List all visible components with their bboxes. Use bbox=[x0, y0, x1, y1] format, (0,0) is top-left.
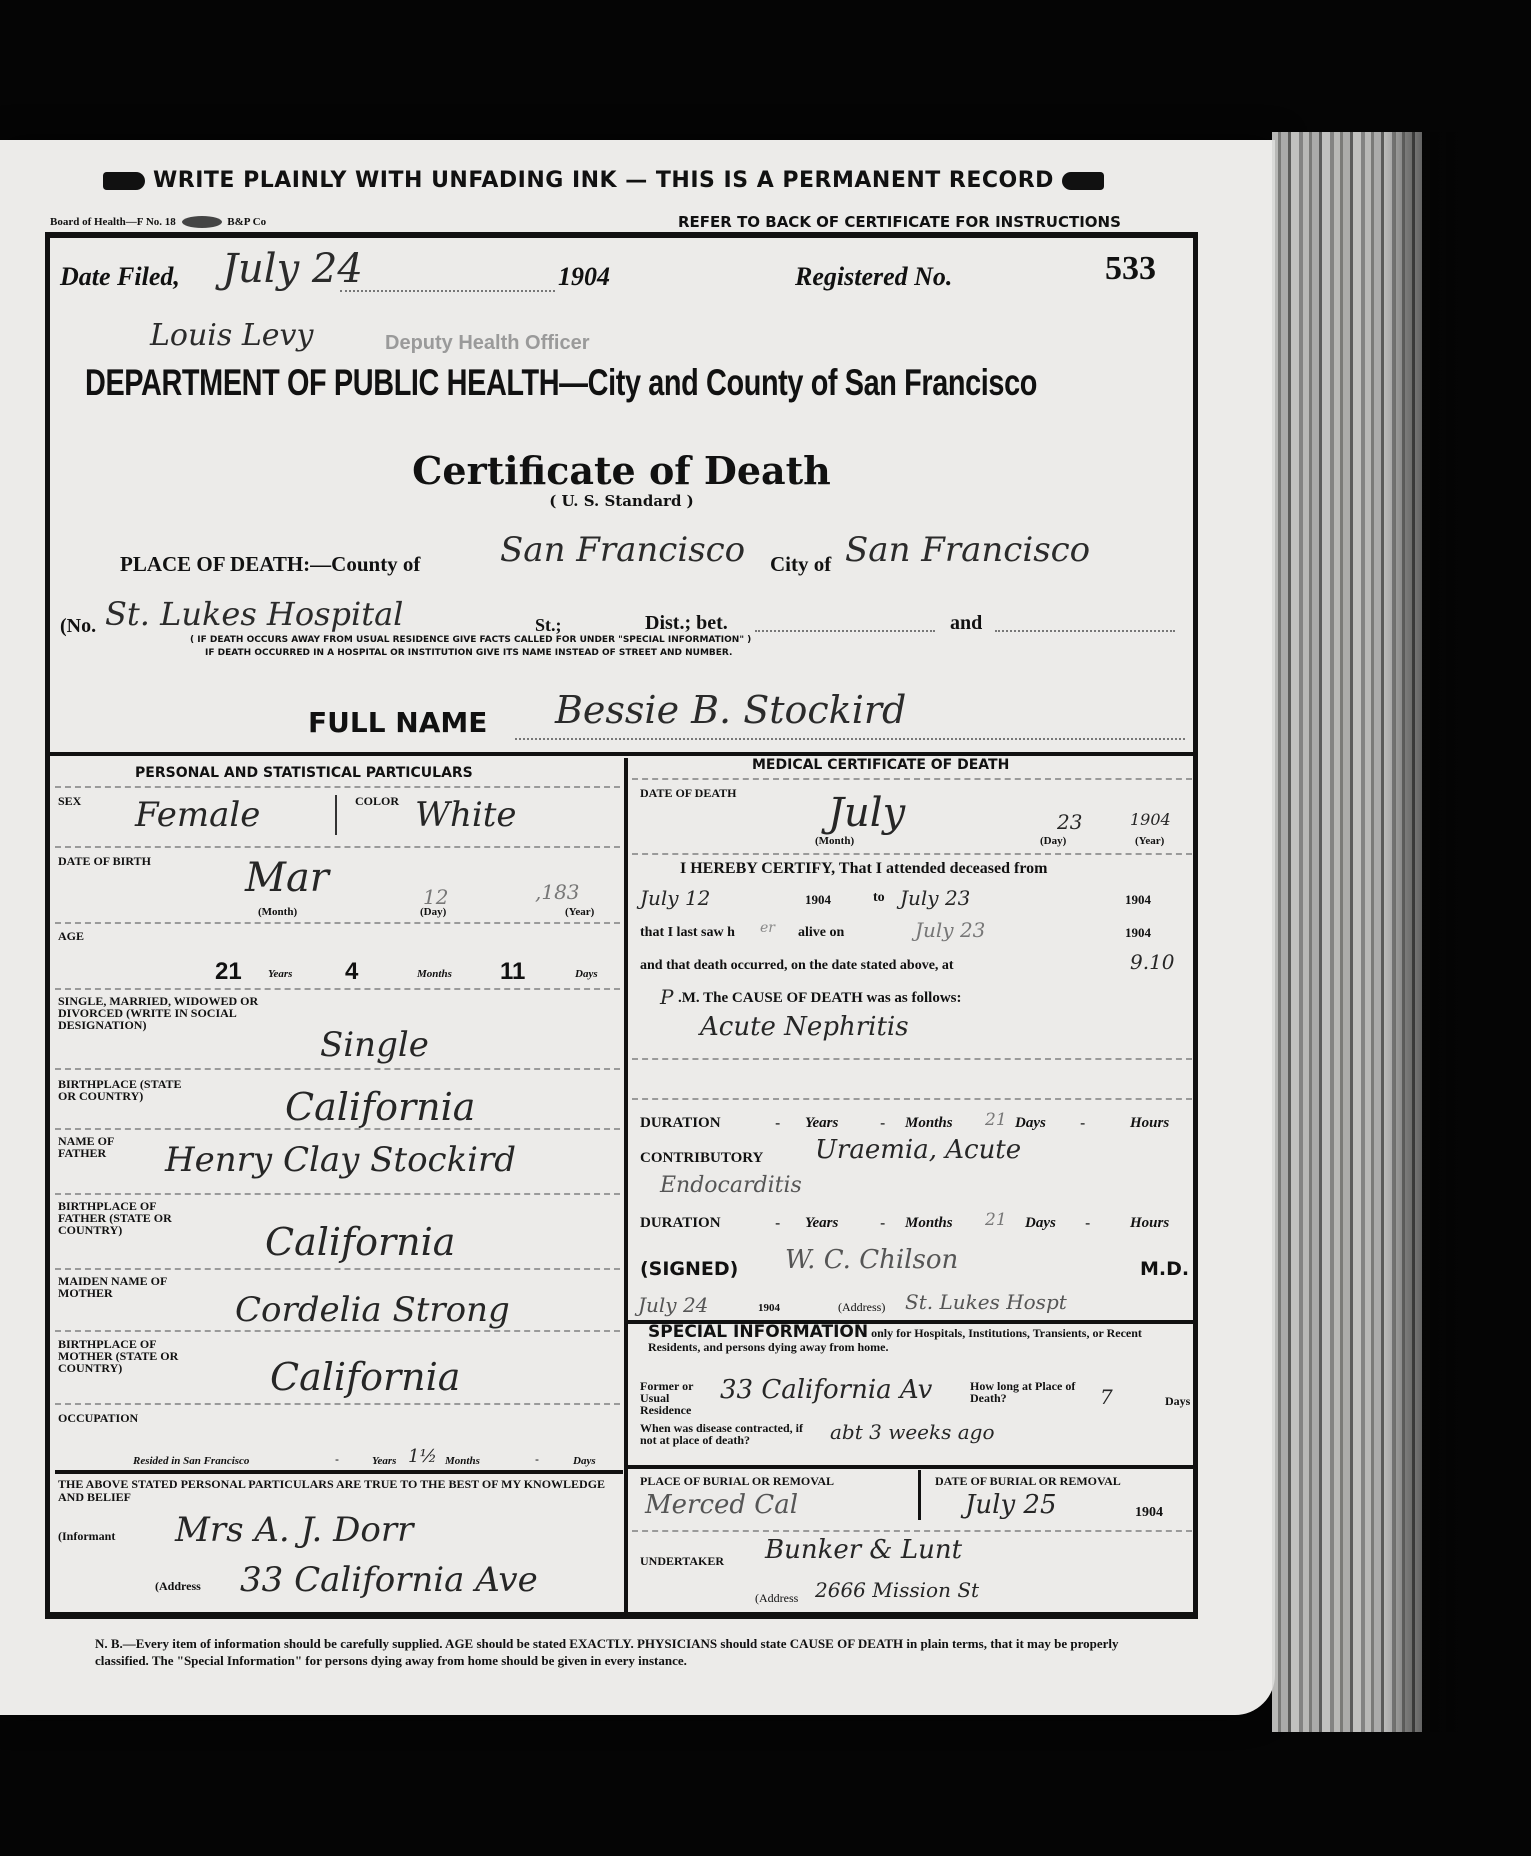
alive-on-label: alive on bbox=[798, 925, 844, 941]
residence-value: 33 California Av bbox=[720, 1375, 932, 1405]
officer-signature: Louis Levy bbox=[150, 318, 313, 353]
instructions-note: REFER TO BACK OF CERTIFICATE FOR INSTRUC… bbox=[678, 213, 1121, 231]
rule bbox=[632, 1530, 1192, 1533]
dob-label: DATE OF BIRTH bbox=[58, 855, 151, 867]
informant-divider bbox=[55, 1470, 623, 1474]
city-value: San Francisco bbox=[845, 530, 1090, 570]
department-title: DEPARTMENT OF PUBLIC HEALTH—City and Cou… bbox=[85, 362, 1037, 404]
rule bbox=[55, 922, 620, 925]
pointing-hand-icon bbox=[1062, 172, 1104, 190]
father-birthplace-label: BIRTHPLACE OF FATHER (State or Country) bbox=[58, 1200, 198, 1236]
column-divider bbox=[624, 758, 628, 1616]
to-label: to bbox=[873, 890, 885, 906]
ampm: P bbox=[660, 985, 673, 1009]
dob-month: Mar bbox=[245, 855, 329, 901]
place-of-death-label: PLACE OF DEATH:—County of bbox=[120, 552, 420, 577]
duration2-label: DURATION bbox=[640, 1215, 721, 1232]
physician-address: St. Lukes Hospt bbox=[905, 1290, 1067, 1314]
rule bbox=[632, 778, 1192, 781]
informant-statement: THE ABOVE STATED PERSONAL PARTICULARS AR… bbox=[58, 1478, 613, 1504]
section-divider bbox=[48, 752, 1196, 756]
color-label: COLOR bbox=[355, 795, 399, 807]
father-label: NAME OF FATHER bbox=[58, 1135, 138, 1159]
burial-divider bbox=[628, 1465, 1196, 1469]
resided-months-label: Months bbox=[445, 1455, 480, 1467]
burial-year: 1904 bbox=[1135, 1505, 1163, 1521]
birthplace-value: California bbox=[285, 1085, 475, 1129]
date-filed-value: July 24 bbox=[222, 246, 363, 292]
full-name-value: Bessie B. Stockird bbox=[555, 688, 906, 732]
rule bbox=[55, 1128, 620, 1131]
rule bbox=[632, 1058, 1192, 1061]
days-label: Days bbox=[1025, 1215, 1056, 1232]
age-years-label: Years bbox=[268, 968, 292, 980]
undertaker-label: UNDERTAKER bbox=[640, 1555, 724, 1567]
banner-text: WRITE PLAINLY WITH UNFADING INK — THIS I… bbox=[153, 168, 1054, 193]
sex-color-divider bbox=[335, 795, 337, 835]
hours-label: Hours bbox=[1130, 1115, 1169, 1132]
full-name-rule bbox=[515, 738, 1185, 740]
mother-label: MAIDEN NAME OF MOTHER bbox=[58, 1275, 188, 1299]
years-label: Years bbox=[805, 1215, 838, 1232]
occurred-text: and that death occurred, on the date sta… bbox=[640, 958, 954, 974]
color-value: White bbox=[415, 795, 517, 835]
and-label: and bbox=[950, 612, 982, 635]
registered-label: Registered No. bbox=[795, 262, 952, 292]
rule bbox=[55, 846, 620, 849]
md-label: M.D. bbox=[1140, 1258, 1189, 1280]
duration1-years: - bbox=[775, 1115, 780, 1133]
years-label: Years bbox=[805, 1115, 838, 1132]
medical-section-title: MEDICAL CERTIFICATE OF DEATH bbox=[752, 757, 1009, 773]
contributory-line1: Uraemia, Acute bbox=[815, 1135, 1021, 1165]
resided-years: - bbox=[335, 1452, 339, 1466]
and-rule bbox=[995, 630, 1175, 632]
last-saw-pronoun: er bbox=[760, 920, 775, 936]
burial-place-label: PLACE OF BURIAL OR REMOVAL bbox=[640, 1475, 834, 1487]
physician-address-label: (Address) bbox=[838, 1300, 885, 1315]
special-header: SPECIAL INFORMATION only for Hospitals, … bbox=[648, 1325, 1193, 1354]
rule bbox=[55, 988, 620, 991]
street-label: St.; bbox=[535, 615, 562, 636]
duration2-hours: - bbox=[1085, 1215, 1090, 1233]
officer-title: Deputy Health Officer bbox=[385, 332, 589, 355]
last-saw-year: 1904 bbox=[1125, 925, 1151, 941]
mother-birthplace-value: California bbox=[270, 1355, 460, 1399]
undertaker-address-label: (Address bbox=[755, 1592, 798, 1604]
sex-label: SEX bbox=[58, 795, 81, 807]
date-filed-rule bbox=[340, 290, 555, 292]
age-months-label: Months bbox=[417, 968, 452, 980]
attended-from: July 12 bbox=[640, 886, 710, 910]
age-days-label: Days bbox=[575, 968, 598, 980]
resided-months: 1½ bbox=[408, 1446, 437, 1467]
hours-label: Hours bbox=[1130, 1215, 1169, 1232]
occupation-label: OCCUPATION bbox=[58, 1412, 138, 1424]
duration1-hours: - bbox=[1080, 1115, 1085, 1133]
certify-text: I HEREBY CERTIFY, That I attended deceas… bbox=[680, 860, 1047, 878]
city-label: City of bbox=[770, 552, 831, 577]
certificate-title: Certificate of Death bbox=[0, 448, 1243, 493]
age-months: 4 bbox=[345, 958, 358, 986]
father-birthplace-value: California bbox=[265, 1220, 455, 1264]
day-caption: (Day) bbox=[1040, 835, 1066, 847]
year-caption: (Year) bbox=[565, 906, 594, 918]
special-title: SPECIAL INFORMATION bbox=[648, 1322, 868, 1342]
footer-note: N. B.—Every item of information should b… bbox=[95, 1635, 1125, 1669]
duration1-months: - bbox=[880, 1115, 885, 1133]
duration2-months: - bbox=[880, 1215, 885, 1233]
how-long-days-label: Days bbox=[1165, 1395, 1190, 1407]
informant-label: (Informant bbox=[58, 1530, 115, 1542]
district-label: Dist.; bet. bbox=[645, 612, 728, 635]
how-long-label: How long at Place of Death? bbox=[970, 1380, 1080, 1404]
rule bbox=[632, 853, 1192, 856]
undertaker-address: 2666 Mission St bbox=[815, 1578, 979, 1602]
place-note-1: ( IF DEATH OCCURS AWAY FROM USUAL RESIDE… bbox=[190, 635, 751, 645]
burial-date-label: DATE of BURIAL or REMOVAL bbox=[935, 1475, 1121, 1487]
personal-section-title: PERSONAL AND STATISTICAL PARTICULARS bbox=[135, 765, 473, 781]
attended-from-year: 1904 bbox=[805, 892, 831, 908]
banner: WRITE PLAINLY WITH UNFADING INK — THIS I… bbox=[95, 168, 1112, 193]
how-long-value: 7 bbox=[1100, 1385, 1113, 1409]
district-rule bbox=[755, 630, 935, 632]
year-caption: (Year) bbox=[1135, 835, 1164, 847]
rule bbox=[55, 1268, 620, 1271]
contracted-value: abt 3 weeks ago bbox=[830, 1420, 995, 1444]
mother-value: Cordelia Strong bbox=[235, 1290, 510, 1330]
dod-label: DATE OF DEATH bbox=[640, 787, 736, 799]
sex-value: Female bbox=[135, 795, 260, 835]
dod-year: 1904 bbox=[1130, 810, 1171, 829]
resided-days-label: Days bbox=[573, 1455, 596, 1467]
contributory-line2: Endocarditis bbox=[660, 1173, 802, 1198]
informant-address: 33 California Ave bbox=[240, 1560, 538, 1600]
signed-label: (SIGNED) bbox=[640, 1258, 738, 1280]
residence-label: Former or Usual Residence bbox=[640, 1380, 710, 1416]
age-days: 11 bbox=[500, 958, 525, 986]
marital-label: SINGLE, MARRIED, WIDOWED OR DIVORCED (Wr… bbox=[58, 995, 288, 1031]
place-note-2: IF DEATH OCCURRED IN A HOSPITAL OR INSTI… bbox=[205, 648, 732, 658]
duration2-days: 21 bbox=[985, 1210, 1007, 1230]
full-name-label: FULL NAME bbox=[308, 706, 487, 739]
month-caption: (Month) bbox=[815, 835, 854, 847]
attended-to-year: 1904 bbox=[1125, 892, 1151, 908]
time-of-death: 9.10 bbox=[1130, 950, 1175, 974]
location-value: St. Lukes Hospital bbox=[105, 595, 403, 633]
rule bbox=[55, 1193, 620, 1196]
last-saw-label: that I last saw h bbox=[640, 925, 735, 941]
form-code: Board of Health—F No. 18 B&P Co bbox=[50, 216, 266, 228]
father-value: Henry Clay Stockird bbox=[165, 1140, 516, 1180]
burial-date-value: July 25 bbox=[965, 1490, 1057, 1520]
registered-number: 533 bbox=[1105, 250, 1156, 288]
certificate-standard: ( U. S. Standard ) bbox=[0, 492, 1243, 510]
marital-value: Single bbox=[320, 1025, 429, 1065]
last-saw-date: July 23 bbox=[915, 918, 985, 942]
contracted-label: When was disease contracted, if not at p… bbox=[640, 1422, 810, 1446]
county-value: San Francisco bbox=[500, 530, 745, 570]
rule bbox=[55, 1403, 620, 1406]
duration1-days: 21 bbox=[985, 1110, 1007, 1130]
rule bbox=[55, 1330, 620, 1333]
rule bbox=[632, 1098, 1192, 1101]
cause-value: Acute Nephritis bbox=[700, 1012, 909, 1042]
dod-month: July bbox=[828, 790, 905, 836]
signed-date: July 24 bbox=[638, 1293, 708, 1317]
age-label: AGE bbox=[58, 930, 84, 942]
cause-text: .M. The CAUSE OF DEATH was as follows: bbox=[678, 990, 962, 1007]
burial-divider-vertical bbox=[918, 1470, 921, 1520]
month-caption: (Month) bbox=[258, 906, 297, 918]
resided-years-label: Years bbox=[372, 1455, 396, 1467]
duration-label: DURATION bbox=[640, 1115, 721, 1132]
dob-year: ,183 bbox=[535, 880, 580, 904]
signed-year: 1904 bbox=[758, 1302, 780, 1314]
resided-label: Resided in San Francisco bbox=[133, 1455, 249, 1467]
certificate-form bbox=[45, 232, 1198, 1619]
day-caption: (Day) bbox=[420, 906, 446, 918]
age-years: 21 bbox=[215, 958, 242, 986]
burial-place-value: Merced Cal bbox=[645, 1490, 798, 1520]
no-label: (No. bbox=[60, 615, 96, 638]
days-label: Days bbox=[1015, 1115, 1046, 1132]
rule bbox=[55, 1068, 620, 1071]
contributory-label: CONTRIBUTORY bbox=[640, 1150, 763, 1167]
months-label: Months bbox=[905, 1215, 953, 1232]
duration2-years: - bbox=[775, 1215, 780, 1233]
informant-name: Mrs A. J. Dorr bbox=[175, 1510, 413, 1550]
book-page-edges bbox=[1272, 132, 1422, 1732]
union-seal-icon bbox=[182, 216, 222, 228]
months-label: Months bbox=[905, 1115, 953, 1132]
attended-to: July 23 bbox=[900, 886, 970, 910]
informant-address-label: (Address bbox=[155, 1580, 201, 1592]
undertaker-value: Bunker & Lunt bbox=[765, 1535, 962, 1565]
resided-days: - bbox=[535, 1452, 539, 1466]
rule bbox=[55, 786, 620, 789]
physician-signature: W. C. Chilson bbox=[785, 1245, 958, 1275]
birthplace-label: BIRTHPLACE (State or Country) bbox=[58, 1078, 188, 1102]
dod-day: 23 bbox=[1057, 810, 1082, 834]
mother-birthplace-label: BIRTHPLACE OF MOTHER (State or Country) bbox=[58, 1338, 198, 1374]
pointing-hand-icon bbox=[103, 172, 145, 190]
date-filed-label: Date Filed, bbox=[60, 262, 180, 292]
date-filed-year: 1904 bbox=[558, 262, 610, 292]
